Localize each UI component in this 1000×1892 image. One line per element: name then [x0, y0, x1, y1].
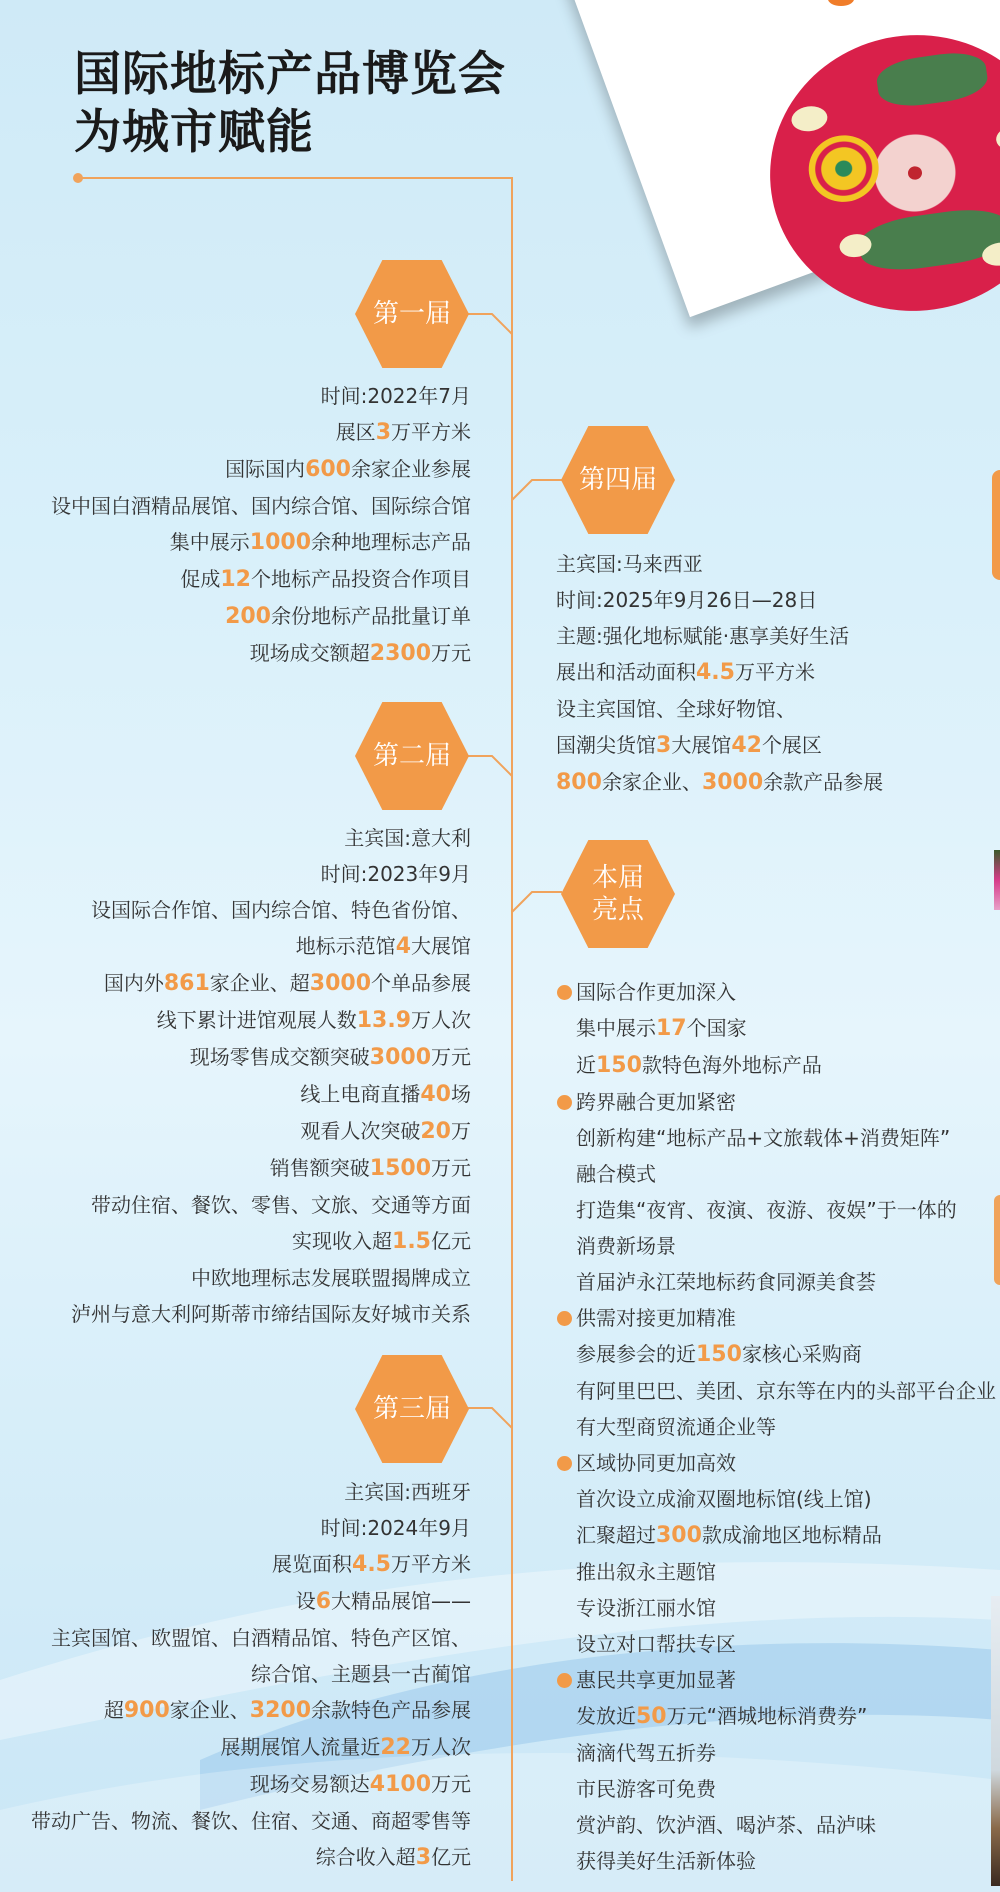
highlight-number: 150 [696, 1342, 742, 1367]
detail-line: 融合模式 [556, 1156, 996, 1192]
detail-text: 余份地标产品批量订单 [271, 604, 471, 628]
detail-text: 亿元 [431, 1229, 471, 1253]
detail-text: 集中展示 [170, 530, 250, 554]
detail-line: 推出叙永主题馆 [556, 1554, 996, 1590]
detail-line: 时间:2025年9月26日—28日 [556, 582, 883, 618]
title-line-2: 为城市赋能 [74, 104, 506, 162]
detail-line: 设主宾国馆、全球好物馆、 [556, 691, 883, 727]
edition-2-badge: 第二届 [355, 702, 469, 810]
title-line-1: 国际地标产品博览会 [74, 46, 506, 104]
detail-text: 设立对口帮扶专区 [576, 1632, 736, 1656]
detail-line: 专设浙江丽水馆 [556, 1590, 996, 1626]
detail-text: 场 [451, 1082, 471, 1106]
detail-line: 设国际合作馆、国内综合馆、特色省份馆、 [71, 892, 471, 928]
detail-text: 观看人次突破 [300, 1119, 420, 1143]
detail-line: 主题:强化地标赋能·惠享美好生活 [556, 618, 883, 654]
highlights-label-line-1: 本届 [592, 862, 644, 894]
detail-text: 展期展馆人流量近 [220, 1735, 380, 1759]
detail-text: 首次设立成渝双圈地标馆(线上馆) [576, 1487, 872, 1511]
detail-text: 展出和活动面积 [556, 660, 696, 684]
highlight-heading: 区域协同更加高效 [556, 1445, 996, 1481]
detail-line: 促成12个地标产品投资合作项目 [51, 561, 471, 598]
detail-text: 时间:2022年7月 [321, 384, 471, 408]
page-title: 国际地标产品博览会 为城市赋能 [74, 46, 506, 162]
highlight-number: 3000 [310, 971, 371, 996]
detail-text: 近 [576, 1053, 596, 1077]
detail-line: 打造集“夜宵、夜演、夜游、夜娱”于一体的 [556, 1192, 996, 1228]
detail-line: 创新构建“地标产品+文旅载体+消费矩阵” [556, 1120, 996, 1156]
detail-line: 集中展示1000余种地理标志产品 [51, 524, 471, 561]
edition-3-details: 主宾国:西班牙时间:2024年9月展览面积4.5万平方米设6大精品展馆——主宾国… [31, 1474, 471, 1876]
bullet-dot-icon [557, 985, 572, 1000]
detail-line: 现场零售成交额突破3000万元 [71, 1039, 471, 1076]
highlight-number: 2300 [370, 641, 431, 666]
highlight-number: 1.5 [392, 1229, 431, 1254]
edition-4-label: 第四届 [579, 464, 657, 496]
highlight-number: 861 [164, 971, 210, 996]
edition-3-badge: 第三届 [355, 1355, 469, 1463]
detail-text: 泸州与意大利阿斯蒂市缔结国际友好城市关系 [71, 1302, 471, 1326]
detail-text: 设主宾国馆、全球好物馆、 [556, 697, 796, 721]
detail-line: 时间:2024年9月 [31, 1510, 471, 1546]
edition-4-badge: 第四届 [561, 426, 675, 534]
detail-line: 实现收入超1.5亿元 [71, 1223, 471, 1260]
detail-line: 展览面积4.5万平方米 [31, 1546, 471, 1583]
highlights-badge: 本届 亮点 [561, 840, 675, 948]
highlight-number: 4 [396, 934, 411, 959]
detail-text: 设中国白酒精品展馆、国内综合馆、国际综合馆 [51, 494, 471, 518]
detail-text: 大精品展馆—— [331, 1589, 471, 1613]
detail-line: 参展参会的近150家核心采购商 [556, 1336, 996, 1373]
detail-line: 国际国内600余家企业参展 [51, 451, 471, 488]
detail-line: 近150款特色海外地标产品 [556, 1047, 996, 1084]
detail-line: 现场成交额超2300万元 [51, 635, 471, 672]
detail-text: 创新构建“地标产品+文旅载体+消费矩阵” [576, 1126, 950, 1150]
detail-text: 地标示范馆 [296, 934, 396, 958]
detail-line: 主宾国:马来西亚 [556, 546, 883, 582]
detail-text: 展区 [336, 420, 376, 444]
highlight-heading: 供需对接更加精准 [556, 1300, 996, 1336]
highlight-number: 1500 [370, 1156, 431, 1181]
timeline-horizontal-line [78, 177, 512, 179]
highlight-number: 600 [305, 457, 351, 482]
timeline-vertical-line [511, 177, 513, 1881]
highlight-number: 3 [376, 420, 391, 445]
edition-2-details: 主宾国:意大利时间:2023年9月设国际合作馆、国内综合馆、特色省份馆、地标示范… [71, 820, 471, 1332]
detail-line: 地标示范馆4大展馆 [71, 928, 471, 965]
highlight-heading-text: 国际合作更加深入 [576, 980, 736, 1004]
edge-photo-small [994, 850, 1000, 910]
detail-text: 万元 [431, 641, 471, 665]
detail-text: 设 [296, 1589, 316, 1613]
highlight-number: 4.5 [696, 660, 735, 685]
detail-text: 大展馆 [671, 733, 731, 757]
highlight-number: 50 [636, 1704, 667, 1729]
detail-line: 线下累计进馆观展人数13.9万人次 [71, 1002, 471, 1039]
highlight-number: 20 [420, 1119, 451, 1144]
detail-text: 余家企业参展 [351, 457, 471, 481]
detail-line: 综合馆、主题县一古蔺馆 [31, 1656, 471, 1692]
detail-text: 万元 [431, 1156, 471, 1180]
detail-line: 设6大精品展馆—— [31, 1583, 471, 1620]
highlight-number: 12 [220, 567, 251, 592]
detail-text: 带动广告、物流、餐饮、住宿、交通、商超零售等 [31, 1809, 471, 1833]
detail-text: 款特色海外地标产品 [642, 1053, 822, 1077]
detail-line: 国内外861家企业、超3000个单品参展 [71, 965, 471, 1002]
detail-text: 促成 [180, 567, 220, 591]
highlight-number: 800 [556, 770, 602, 795]
highlight-heading-text: 区域协同更加高效 [576, 1451, 736, 1475]
detail-text: 滴滴代驾五折券 [576, 1741, 716, 1765]
detail-line: 设立对口帮扶专区 [556, 1626, 996, 1662]
detail-text: 主宾国:意大利 [344, 826, 471, 850]
detail-line: 首次设立成渝双圈地标馆(线上馆) [556, 1481, 996, 1517]
edge-orange-circle [992, 470, 1000, 580]
highlight-number: 6 [316, 1589, 331, 1614]
detail-text: 主宾国馆、欧盟馆、白酒精品馆、特色产区馆、 [51, 1626, 471, 1650]
detail-text: 销售额突破 [270, 1156, 370, 1180]
detail-line: 泸州与意大利阿斯蒂市缔结国际友好城市关系 [71, 1296, 471, 1332]
detail-text: 款成渝地区地标精品 [702, 1523, 882, 1547]
detail-text: 消费新场景 [576, 1234, 676, 1258]
detail-line: 超900家企业、3200余款特色产品参展 [31, 1692, 471, 1729]
highlight-number: 150 [596, 1053, 642, 1078]
edition-1-badge: 第一届 [355, 260, 469, 368]
detail-text: 主宾国:马来西亚 [556, 552, 703, 576]
detail-text: 万元 [431, 1045, 471, 1069]
detail-text: 有大型商贸流通企业等 [576, 1415, 776, 1439]
detail-text: 国际国内 [225, 457, 305, 481]
highlight-number: 3 [416, 1845, 431, 1870]
detail-line: 国潮尖货馆3大展馆42个展区 [556, 727, 883, 764]
detail-text: 打造集“夜宵、夜演、夜游、夜娱”于一体的 [576, 1198, 957, 1222]
highlight-number: 40 [420, 1082, 451, 1107]
detail-line: 集中展示17个国家 [556, 1010, 996, 1047]
edition-3-label: 第三届 [373, 1393, 451, 1425]
highlight-number: 22 [380, 1735, 411, 1760]
highlight-number: 200 [225, 604, 271, 629]
highlight-heading-text: 供需对接更加精准 [576, 1306, 736, 1330]
detail-text: 万 [451, 1119, 471, 1143]
detail-line: 主宾国馆、欧盟馆、白酒精品馆、特色产区馆、 [31, 1620, 471, 1656]
detail-text: 余款产品参展 [763, 770, 883, 794]
detail-text: 融合模式 [576, 1162, 656, 1186]
detail-line: 中欧地理标志发展联盟揭牌成立 [71, 1260, 471, 1296]
bullet-dot-icon [557, 1456, 572, 1471]
detail-text: 时间:2023年9月 [321, 862, 471, 886]
detail-line: 展区3万平方米 [51, 414, 471, 451]
highlight-number: 900 [124, 1698, 170, 1723]
detail-text: 时间:2025年9月26日—28日 [556, 588, 817, 612]
detail-text: 中欧地理标志发展联盟揭牌成立 [191, 1266, 471, 1290]
detail-text: 设国际合作馆、国内综合馆、特色省份馆、 [91, 898, 471, 922]
detail-text: 综合馆、主题县一古蔺馆 [251, 1662, 471, 1686]
detail-line: 主宾国:西班牙 [31, 1474, 471, 1510]
detail-text: 家企业、 [170, 1698, 250, 1722]
detail-line: 设中国白酒精品展馆、国内综合馆、国际综合馆 [51, 488, 471, 524]
edition-2-label: 第二届 [373, 740, 451, 772]
highlight-number: 3 [656, 733, 671, 758]
detail-line: 主宾国:意大利 [71, 820, 471, 856]
detail-text: 赏泸韵、饮泸酒、喝泸茶、品泸味 [576, 1813, 876, 1837]
detail-text: 获得美好生活新体验 [576, 1849, 756, 1873]
highlight-heading: 跨界融合更加紧密 [556, 1084, 996, 1120]
highlights-label-line-2: 亮点 [592, 894, 644, 926]
bullet-dot-icon [557, 1311, 572, 1326]
detail-text: 国潮尖货馆 [556, 733, 656, 757]
detail-line: 发放近50万元“酒城地标消费券” [556, 1698, 996, 1735]
detail-text: 万平方米 [391, 420, 471, 444]
detail-line: 消费新场景 [556, 1228, 996, 1264]
detail-text: 市民游客可免费 [576, 1777, 716, 1801]
detail-line: 带动广告、物流、餐饮、住宿、交通、商超零售等 [31, 1803, 471, 1839]
detail-line: 有大型商贸流通企业等 [556, 1409, 996, 1445]
detail-text: 万人次 [411, 1735, 471, 1759]
detail-text: 实现收入超 [292, 1229, 392, 1253]
detail-text: 主宾国:西班牙 [344, 1480, 471, 1504]
detail-line: 获得美好生活新体验 [556, 1843, 996, 1879]
detail-text: 发放近 [576, 1704, 636, 1728]
detail-text: 万平方米 [735, 660, 815, 684]
detail-text: 余款特色产品参展 [311, 1698, 471, 1722]
detail-text: 线下累计进馆观展人数 [157, 1008, 357, 1032]
detail-line: 展期展馆人流量近22万人次 [31, 1729, 471, 1766]
detail-line: 时间:2022年7月 [51, 378, 471, 414]
detail-text: 亿元 [431, 1845, 471, 1869]
detail-text: 个单品参展 [371, 971, 471, 995]
detail-text: 国内外 [104, 971, 164, 995]
detail-text: 参展参会的近 [576, 1342, 696, 1366]
detail-line: 销售额突破1500万元 [71, 1150, 471, 1187]
detail-text: 个地标产品投资合作项目 [251, 567, 471, 591]
edition-4-details: 主宾国:马来西亚时间:2025年9月26日—28日主题:强化地标赋能·惠享美好生… [556, 546, 883, 801]
detail-text: 万元 [431, 1772, 471, 1796]
highlight-number: 42 [731, 733, 762, 758]
detail-line: 汇聚超过300款成渝地区地标精品 [556, 1517, 996, 1554]
highlight-number: 4100 [370, 1772, 431, 1797]
detail-line: 线上电商直播40场 [71, 1076, 471, 1113]
detail-text: 余家企业、 [602, 770, 702, 794]
highlight-number: 3000 [702, 770, 763, 795]
detail-text: 余种地理标志产品 [311, 530, 471, 554]
detail-text: 大展馆 [411, 934, 471, 958]
detail-text: 个展区 [762, 733, 822, 757]
detail-line: 首届泸永江荣地标药食同源美食荟 [556, 1264, 996, 1300]
detail-text: 线上电商直播 [300, 1082, 420, 1106]
detail-line: 市民游客可免费 [556, 1771, 996, 1807]
highlight-heading-text: 惠民共享更加显著 [576, 1668, 736, 1692]
highlight-number: 17 [656, 1016, 687, 1041]
detail-line: 200余份地标产品批量订单 [51, 598, 471, 635]
detail-text: 主题:强化地标赋能·惠享美好生活 [556, 624, 849, 648]
detail-line: 800余家企业、3000余款产品参展 [556, 764, 883, 801]
detail-text: 综合收入超 [316, 1845, 416, 1869]
highlight-number: 4.5 [352, 1552, 391, 1577]
detail-line: 带动住宿、餐饮、零售、文旅、交通等方面 [71, 1187, 471, 1223]
detail-line: 赏泸韵、饮泸酒、喝泸茶、品泸味 [556, 1807, 996, 1843]
detail-line: 观看人次突破20万 [71, 1113, 471, 1150]
highlight-heading-text: 跨界融合更加紧密 [576, 1090, 736, 1114]
detail-text: 家企业、超 [210, 971, 310, 995]
detail-text: 家核心采购商 [742, 1342, 862, 1366]
detail-line: 时间:2023年9月 [71, 856, 471, 892]
highlight-number: 300 [656, 1523, 702, 1548]
detail-text: 展览面积 [272, 1552, 352, 1576]
bullet-dot-icon [557, 1673, 572, 1688]
detail-text: 时间:2024年9月 [321, 1516, 471, 1540]
highlight-number: 1000 [250, 530, 311, 555]
edition-1-details: 时间:2022年7月展区3万平方米国际国内600余家企业参展设中国白酒精品展馆、… [51, 378, 471, 672]
detail-line: 滴滴代驾五折券 [556, 1735, 996, 1771]
highlight-heading: 国际合作更加深入 [556, 974, 996, 1010]
bullet-dot-icon [557, 1095, 572, 1110]
detail-text: 带动住宿、餐饮、零售、文旅、交通等方面 [91, 1193, 471, 1217]
highlight-heading: 惠民共享更加显著 [556, 1662, 996, 1698]
detail-text: 专设浙江丽水馆 [576, 1596, 716, 1620]
detail-text: 万人次 [411, 1008, 471, 1032]
detail-text: 汇聚超过 [576, 1523, 656, 1547]
highlight-number: 13.9 [357, 1008, 411, 1033]
detail-text: 万平方米 [391, 1552, 471, 1576]
detail-text: 个国家 [687, 1016, 747, 1040]
detail-text: 现场交易额达 [250, 1772, 370, 1796]
detail-text: 现场成交额超 [250, 641, 370, 665]
detail-text: 现场零售成交额突破 [190, 1045, 370, 1069]
detail-text: 超 [104, 1698, 124, 1722]
detail-text: 集中展示 [576, 1016, 656, 1040]
detail-text: 首届泸永江荣地标药食同源美食荟 [576, 1270, 876, 1294]
detail-text: 万元“酒城地标消费券” [667, 1704, 868, 1728]
detail-line: 展出和活动面积4.5万平方米 [556, 654, 883, 691]
highlight-number: 3000 [370, 1045, 431, 1070]
highlights-list: 国际合作更加深入集中展示17个国家近150款特色海外地标产品跨界融合更加紧密创新… [556, 974, 996, 1879]
detail-line: 综合收入超3亿元 [31, 1839, 471, 1876]
detail-line: 有阿里巴巴、美团、京东等在内的头部平台企业 [556, 1373, 996, 1409]
detail-text: 推出叙永主题馆 [576, 1560, 716, 1584]
detail-line: 现场交易额达4100万元 [31, 1766, 471, 1803]
highlight-number: 3200 [250, 1698, 311, 1723]
edition-1-label: 第一届 [373, 298, 451, 330]
detail-text: 有阿里巴巴、美团、京东等在内的头部平台企业 [576, 1379, 996, 1403]
